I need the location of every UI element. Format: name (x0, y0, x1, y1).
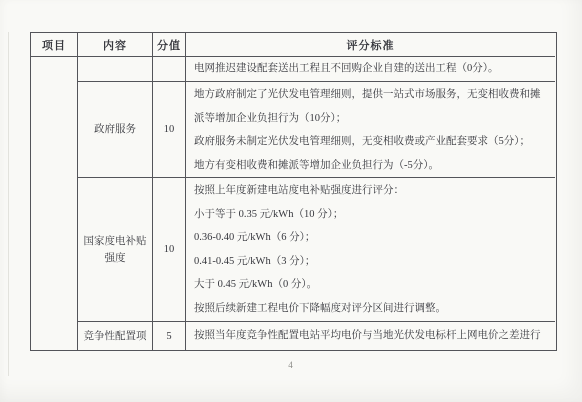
content-cell-empty (78, 57, 153, 82)
criteria-line: 0.36-0.40 元/kWh（6 分）； (194, 226, 547, 250)
criteria-line: 按照后续新建工程电价下降幅度对评分区间进行调整。 (194, 297, 547, 321)
col-header-score: 分值 (153, 33, 186, 57)
criteria-line: 0.41-0.45 元/kWh（3 分）； (194, 250, 547, 274)
project-cell-merged-empty (31, 57, 78, 350)
criteria-line: 电网推迟建设配套送出工程且不回购企业自建的送出工程（0分）。 (194, 57, 499, 81)
page-number: 4 (0, 360, 582, 370)
score-cell-subsidy-intensity: 10 (153, 178, 186, 322)
score-cell-government-service: 10 (153, 82, 186, 178)
content-cell-subsidy-intensity: 国家度电补贴强度 (78, 178, 153, 322)
criteria-line: 地方有变相收费和摊派等增加企业负担行为（-5分）。 (194, 154, 547, 178)
col-header-content: 内容 (78, 33, 153, 57)
criteria-line: 地方政府制定了光伏发电管理细则，提供一站式市场服务，无变相收费和摊派等增加企业负… (194, 83, 547, 130)
criteria-line: 大于 0.45 元/kWh（0 分）。 (194, 273, 547, 297)
criteria-line: 小于等于 0.35 元/kWh（10 分）； (194, 203, 547, 227)
col-header-project: 项目 (31, 33, 78, 57)
col-header-criteria: 评分标准 (186, 33, 555, 57)
criteria-line: 按照当年度竞争性配置电站平均电价与当地光伏发电标杆上网电价之差进行 (194, 324, 541, 348)
criteria-line: 按照上年度新建电站度电补贴强度进行评分： (194, 179, 547, 203)
score-cell-empty (153, 57, 186, 82)
criteria-line: 政府服务未制定光伏发电管理细则，无变相收费或产业配套要求（5分）； (194, 130, 547, 154)
score-cell-competitive-allocation: 5 (153, 322, 186, 350)
scanned-document-page: 项目 内容 分值 评分标准 电网推迟建设配套送出工程且不回购企业自建的送出工程（… (0, 0, 582, 402)
scoring-criteria-table: 项目 内容 分值 评分标准 电网推迟建设配套送出工程且不回购企业自建的送出工程（… (30, 32, 557, 351)
scan-edge-artifact (8, 32, 9, 376)
content-cell-government-service: 政府服务 (78, 82, 153, 178)
criteria-cell-subsidy-intensity: 按照上年度新建电站度电补贴强度进行评分： 小于等于 0.35 元/kWh（10 … (186, 178, 555, 322)
content-cell-competitive-allocation: 竞争性配置项 (78, 322, 153, 350)
criteria-cell-government-service: 地方政府制定了光伏发电管理细则，提供一站式市场服务，无变相收费和摊派等增加企业负… (186, 82, 555, 178)
criteria-cell-grid-delay: 电网推迟建设配套送出工程且不回购企业自建的送出工程（0分）。 (186, 57, 555, 82)
criteria-cell-competitive-allocation: 按照当年度竞争性配置电站平均电价与当地光伏发电标杆上网电价之差进行 (186, 322, 555, 350)
